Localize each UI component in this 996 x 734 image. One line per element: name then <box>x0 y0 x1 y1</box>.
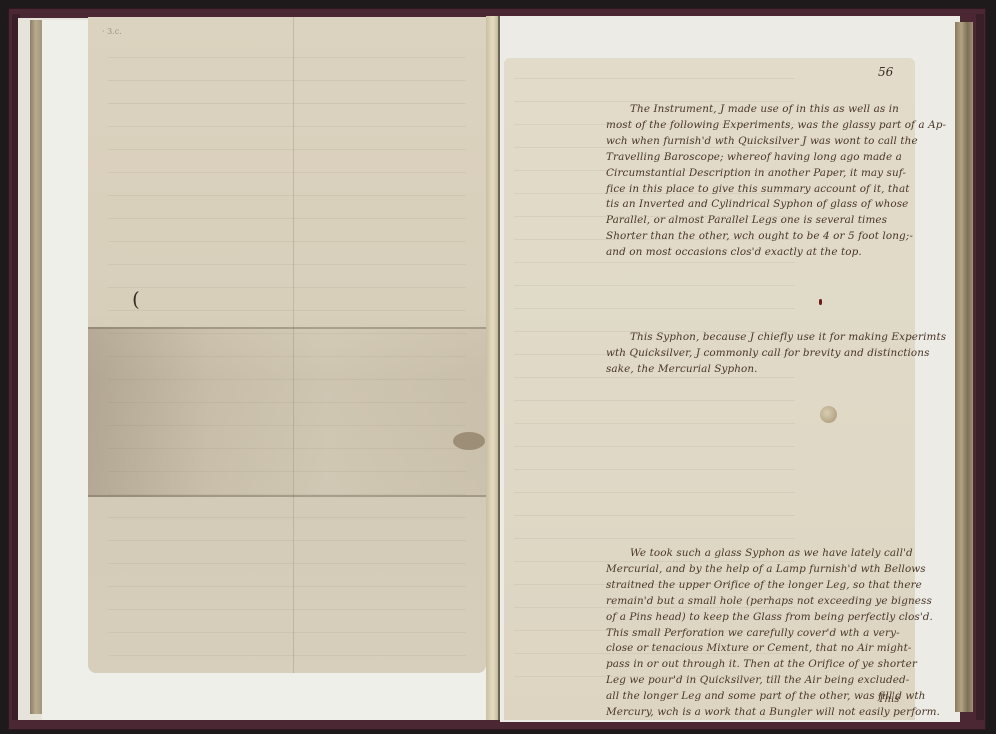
paper-blemish <box>820 406 837 423</box>
water-stain <box>88 327 486 497</box>
fold-line-lower <box>88 495 486 497</box>
catchword: This <box>878 694 899 705</box>
ink-blot <box>453 432 485 450</box>
text-line: Mercury, wch is a work that a Bungler wi… <box>606 705 940 721</box>
text-line: Leg we pour'd in Quicksilver, till the A… <box>606 673 940 689</box>
text-line: Mercurial, and by the help of a Lamp fur… <box>606 562 940 578</box>
paragraph-syphon: This Syphon, because J chiefly use it fo… <box>606 330 946 378</box>
text-line: wch when furnish'd wth Quicksilver J was… <box>606 134 946 150</box>
text-line: pass in or out through it. Then at the O… <box>606 657 940 673</box>
text-line: remain'd but a small hole (perhaps not e… <box>606 594 940 610</box>
text-line: Circumstantial Description in another Pa… <box>606 166 946 182</box>
text-line: close or tenacious Mixture or Cement, th… <box>606 641 940 657</box>
text-line: Parallel, or almost Parallel Legs one is… <box>606 213 946 229</box>
text-line: The Instrument, J made use of in this as… <box>606 102 946 118</box>
library-stamp: · 3.c. <box>102 27 122 36</box>
text-line: Travelling Baroscope; whereof having lon… <box>606 150 946 166</box>
paragraph-instrument: The Instrument, J made use of in this as… <box>606 102 946 261</box>
text-line: This Syphon, because J chiefly use it fo… <box>606 330 946 346</box>
text-line: most of the following Experiments, was t… <box>606 118 946 134</box>
right-fore-edge <box>955 22 973 712</box>
text-line: wth Quicksilver, J commonly call for bre… <box>606 346 946 362</box>
text-line: Shorter than the other, wch ought to be … <box>606 229 946 245</box>
text-line: tis an Inverted and Cylindrical Syphon o… <box>606 197 946 213</box>
right-manuscript-page: 56 The Instrument, J made use of in this… <box>504 58 915 720</box>
left-manuscript-page: ( · 3.c. <box>88 17 486 673</box>
fold-line-vertical <box>293 17 294 673</box>
folio-number: 56 <box>878 65 893 79</box>
ink-spot <box>819 299 822 305</box>
text-line: straitned the upper Orifice of the longe… <box>606 578 940 594</box>
fold-line-upper <box>88 327 486 329</box>
margin-mark: ( <box>132 287 140 311</box>
text-line: fice in this place to give this summary … <box>606 182 946 198</box>
text-line: sake, the Mercurial Syphon. <box>606 362 946 378</box>
text-line: and on most occasions clos'd exactly at … <box>606 245 946 261</box>
text-line: of a Pins head) to keep the Glass from b… <box>606 610 940 626</box>
text-line: We took such a glass Syphon as we have l… <box>606 546 940 562</box>
text-line: This small Perforation we carefully cove… <box>606 626 940 642</box>
cover-board-right <box>976 14 984 720</box>
